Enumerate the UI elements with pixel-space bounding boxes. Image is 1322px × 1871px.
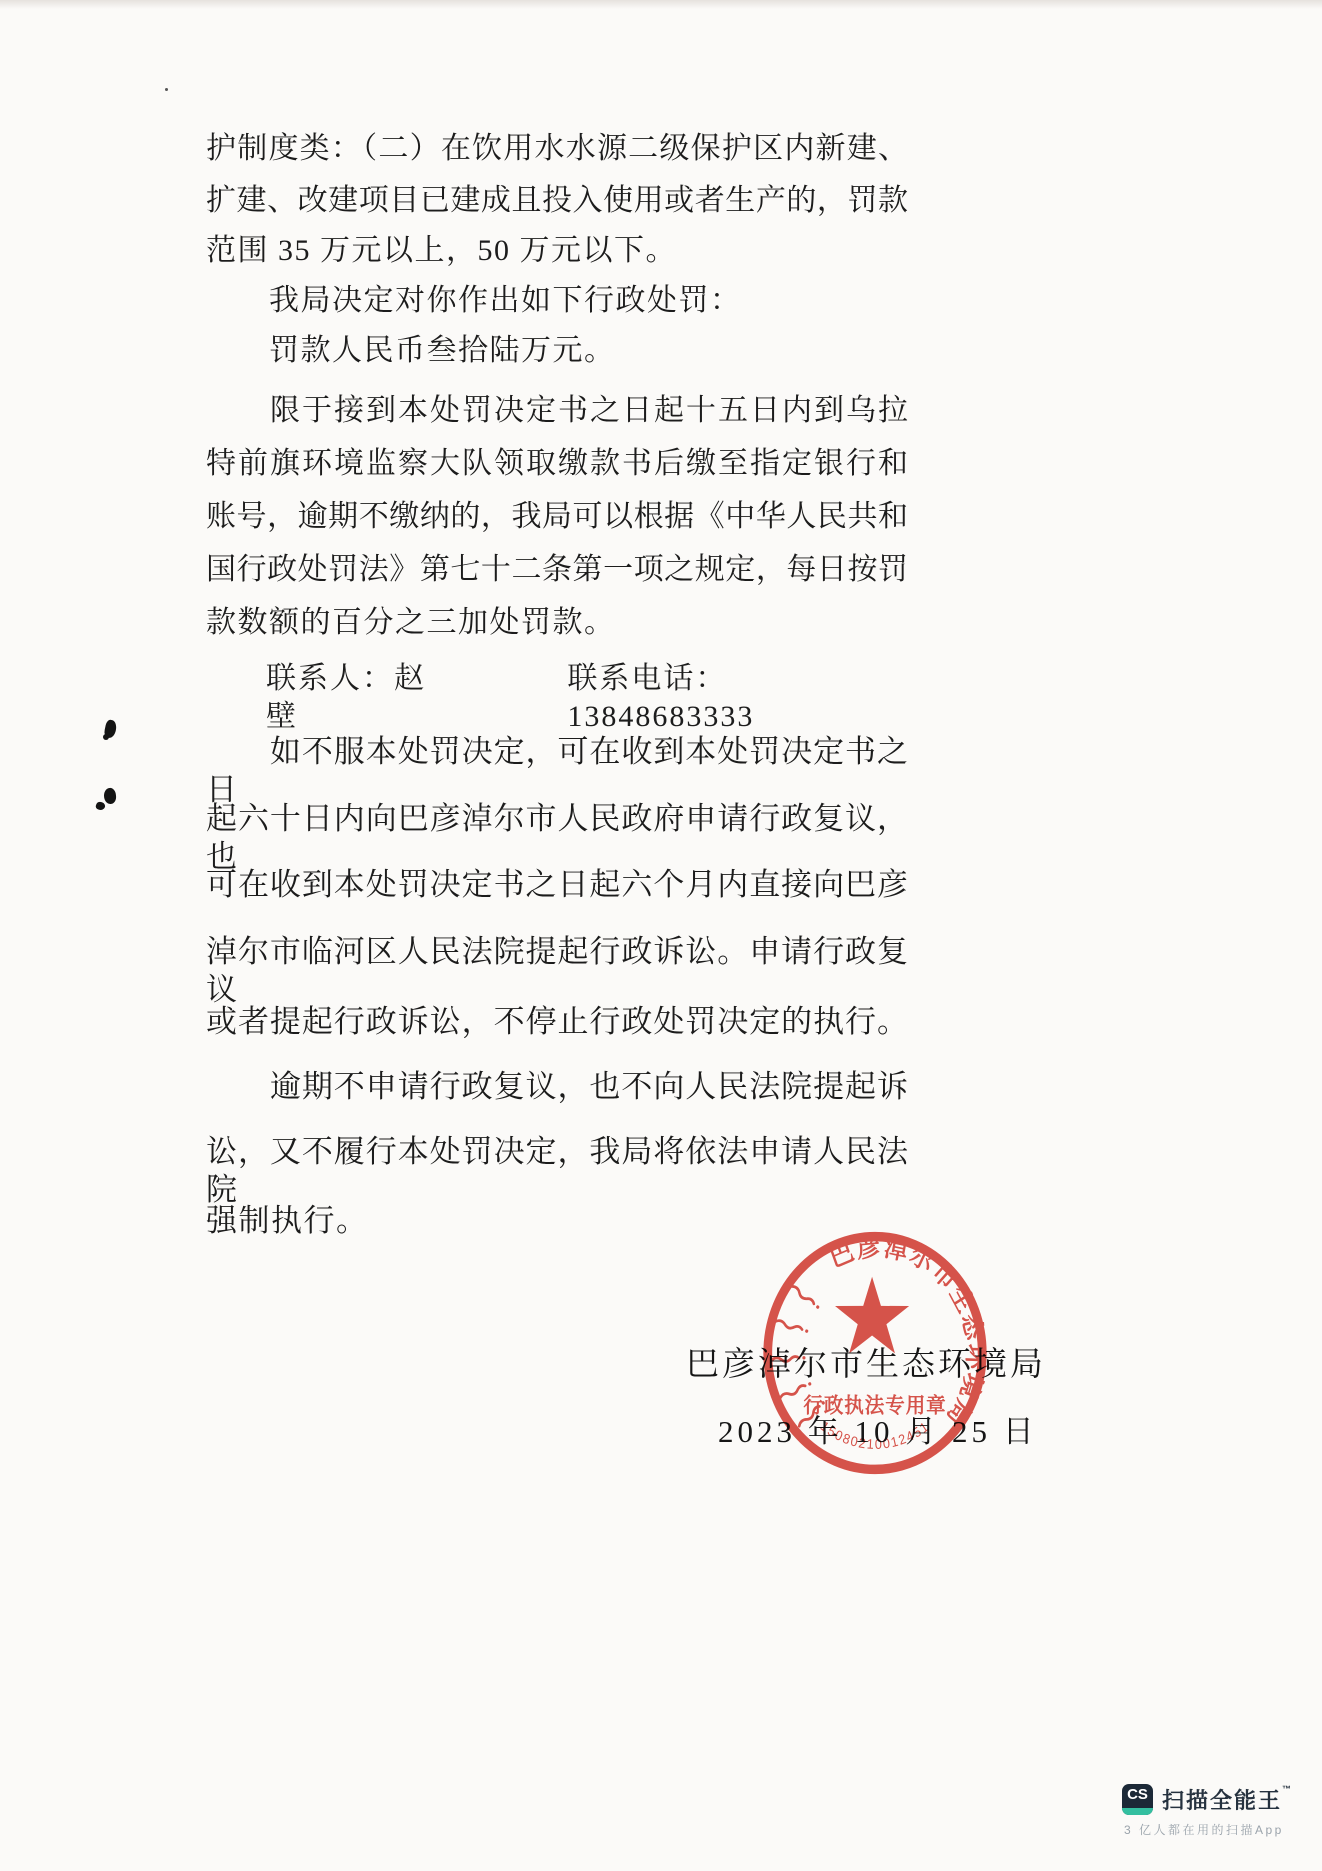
issuing-authority: 巴彦淖尔市生态环境局 — [686, 1338, 1046, 1385]
document-line: 款数额的百分之三加处罚款。 — [206, 604, 908, 642]
camscanner-logo-letters: CS — [1122, 1786, 1153, 1803]
contact-person: 联系人：赵壁 — [266, 660, 449, 736]
document-line: 特前旗环境监察大队领取缴款书后缴至指定银行和 — [206, 445, 908, 483]
ink-blot — [103, 734, 109, 740]
document-line: 强制执行。 — [206, 1202, 908, 1240]
document-line: 如不服本处罚决定，可在收到本处罚决定书之日 — [206, 733, 908, 809]
document-line: 或者提起行政诉讼，不停止行政处罚决定的执行。 — [206, 1003, 908, 1041]
document-line: 讼，又不履行本处罚决定，我局将依法申请人民法院 — [206, 1133, 908, 1209]
contact-phone: 联系电话： 13848683333 — [567, 660, 908, 736]
document-line: 可在收到本处罚决定书之日起六个月内直接向巴彦 — [206, 866, 908, 904]
paper-top-edge-shadow — [0, 0, 1322, 9]
document-line: 护制度类：（二）在饮用水水源二级保护区内新建、 — [206, 130, 908, 168]
document-date: 2023 年 10 月 25 日 — [718, 1406, 1038, 1451]
ink-blot — [103, 787, 117, 805]
document-line: 淖尔市临河区人民法院提起行政诉讼。申请行政复议 — [206, 933, 908, 1009]
seal-arc-text: 巴彦淖尔市生态环境局 — [826, 1232, 988, 1432]
document-line: 范围 35 万元以上，50 万元以下。 — [206, 232, 908, 270]
camscanner-logo-icon: CS — [1122, 1784, 1153, 1815]
camscanner-subtitle: 3 亿人都在用的扫描App — [1124, 1821, 1293, 1838]
scanned-document-page: 护制度类：（二）在饮用水水源二级保护区内新建、 扩建、改建项目已建成且投入使用或… — [0, 0, 1322, 1871]
contact-line: 联系人：赵壁 联系电话： 13848683333 — [206, 660, 908, 736]
camscanner-logo-strip — [1122, 1808, 1153, 1815]
ink-speck — [165, 88, 168, 91]
svg-text:巴彦淖尔市生态环境局: 巴彦淖尔市生态环境局 — [826, 1232, 988, 1432]
document-line: 我局决定对你作出如下行政处罚： — [206, 282, 908, 320]
document-line: 起六十日内向巴彦淖尔市人民政府申请行政复议，也 — [206, 800, 908, 876]
trademark-symbol: ™ — [1282, 1784, 1293, 1794]
document-line: 逾期不申请行政复议，也不向人民法院提起诉 — [206, 1068, 908, 1106]
document-line: 限于接到本处罚决定书之日起十五日内到乌拉 — [206, 392, 908, 430]
document-line: 扩建、改建项目已建成且投入使用或者生产的，罚款 — [206, 182, 908, 220]
camscanner-title-text: 扫描全能王 — [1162, 1788, 1282, 1813]
camscanner-watermark: CS 扫描全能王™ 3 亿人都在用的扫描App — [1122, 1784, 1293, 1838]
ink-blot — [95, 801, 106, 812]
document-line: 账号，逾期不缴纳的，我局可以根据《中华人民共和 — [206, 498, 908, 536]
document-line: 国行政处罚法》第七十二条第一项之规定，每日按罚 — [206, 551, 908, 589]
document-line: 罚款人民币叁拾陆万元。 — [206, 332, 908, 370]
camscanner-title: 扫描全能王™ — [1162, 1784, 1293, 1815]
